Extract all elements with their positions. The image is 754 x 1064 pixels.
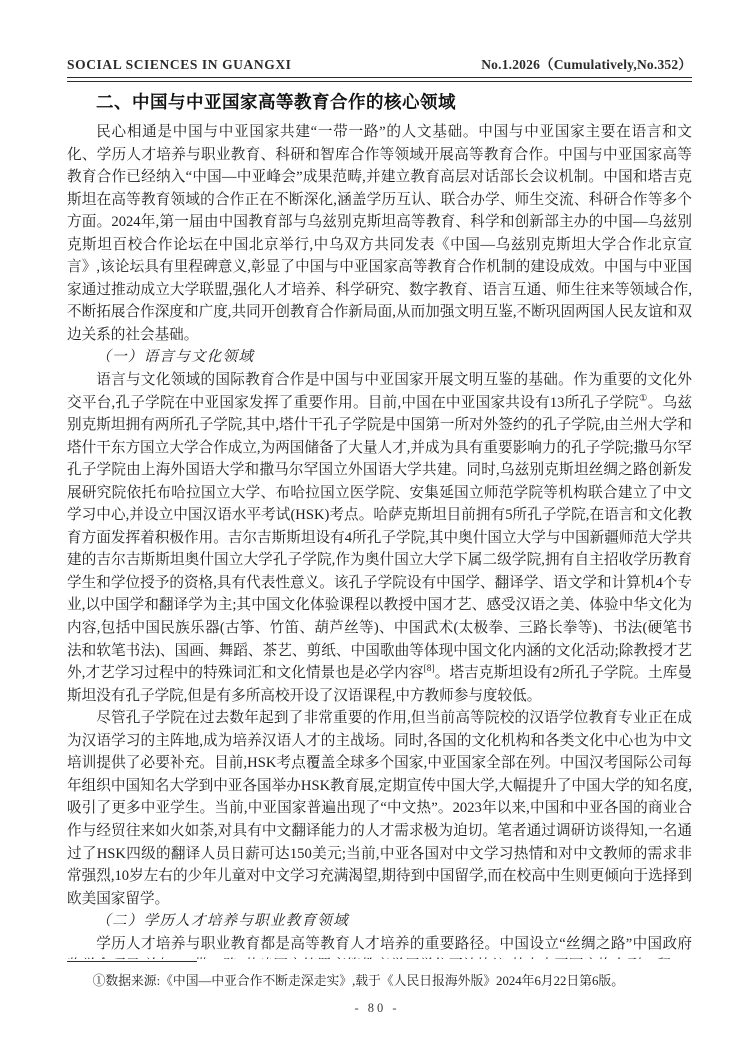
journal-name: SOCIAL SCIENCES IN GUANGXI [67, 57, 292, 73]
footnote-marker-1: ① [639, 394, 648, 404]
footnote-divider [67, 961, 197, 962]
paragraph-1: 民心相通是中国与中亚国家共建“一带一路”的人文基础。中国与中亚国家主要在语言和文… [67, 121, 692, 346]
paragraph-4: 学历人才培养与职业教育都是高等教育人才培养的重要路径。中国设立“丝绸之路”中国政… [67, 933, 692, 959]
section-title: 二、中国与中亚国家高等教育合作的核心领域 [67, 89, 692, 114]
page-number: - 80 - [0, 1001, 754, 1016]
citation-marker-8: [8] [424, 664, 435, 674]
article-body: 民心相通是中国与中亚国家共建“一带一路”的人文基础。中国与中亚国家主要在语言和文… [67, 121, 692, 959]
footnote-area: ①数据来源:《中国—中亚合作不断走深走实》,载于《人民日报海外版》2024年6月… [67, 961, 692, 990]
paragraph-2-text-b: 。乌兹别克斯坦拥有两所孔子学院,其中,塔什干孔子学院是中国第一所对外签约的孔子学… [67, 395, 692, 682]
header-divider [67, 77, 692, 82]
subsection-title-2: （二）学历人才培养与职业教育领域 [67, 910, 692, 933]
subsection-title-1: （一）语言与文化领域 [67, 346, 692, 369]
paragraph-2-text-a: 语言与文化领域的国际教育合作是中国与中亚国家开展文明互鉴的基础。作为重要的文化外… [67, 372, 692, 411]
paragraph-3: 尽管孔子学院在过去数年起到了非常重要的作用,但当前高等院校的汉语学位教育专业正在… [67, 707, 692, 910]
page-header: SOCIAL SCIENCES IN GUANGXI No.1.2026（Cum… [67, 53, 692, 73]
footnote-text: ①数据来源:《中国—中亚合作不断走深走实》,载于《人民日报海外版》2024年6月… [67, 972, 692, 990]
paragraph-2: 语言与文化领域的国际教育合作是中国与中亚国家开展文明互鉴的基础。作为重要的文化外… [67, 369, 692, 707]
issue-info: No.1.2026（Cumulatively,No.352） [481, 53, 692, 73]
journal-page: SOCIAL SCIENCES IN GUANGXI No.1.2026（Cum… [0, 0, 754, 1064]
